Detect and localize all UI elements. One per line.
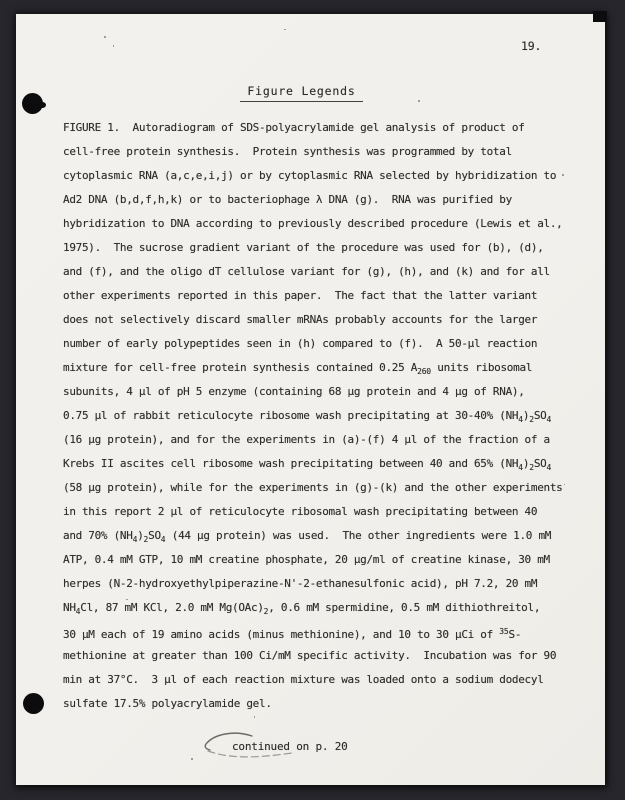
legend-line: hybridization to DNA according to previo…: [63, 212, 583, 236]
legend-line: 0.75 μl of rabbit reticulocyte ribosome …: [63, 404, 583, 428]
legend-line: min at 37°C. 3 μl of each reaction mixtu…: [63, 668, 583, 692]
legend-line: and (f), and the oligo dT cellulose vari…: [63, 260, 583, 284]
footer-note-text: continued on p. 20: [232, 740, 348, 753]
legend-line: (58 μg protein), while for the experimen…: [63, 476, 583, 500]
legend-line: Krebs II ascites cell ribosome wash prec…: [63, 452, 583, 476]
legend-line: 30 μM each of 19 amino acids (minus meth…: [63, 620, 583, 644]
legend-line: herpes (N-2-hydroxyethylpiperazine-N'-2-…: [63, 572, 583, 596]
legend-line: NH4Cl, 87 mM KCl, 2.0 mM Mg(OAc)2, 0.6 m…: [63, 596, 583, 620]
scan-artifact-corner: [593, 11, 607, 22]
legend-line: and 70% (NH4)2SO4 (44 μg protein) was us…: [63, 524, 583, 548]
scan-speck: [254, 716, 255, 718]
legend-line: does not selectively discard smaller mRN…: [63, 308, 583, 332]
legend-line: sulfate 17.5% polyacrylamide gel.: [63, 692, 583, 716]
scan-speck: [113, 45, 114, 47]
scan-speck: [126, 599, 128, 600]
scanner-backdrop: 19. Figure Legends FIGURE 1. Autoradiogr…: [0, 0, 625, 800]
legend-line: ATP, 0.4 mM GTP, 10 mM creatine phosphat…: [63, 548, 583, 572]
page-title: Figure Legends: [240, 84, 362, 102]
legend-line: mixture for cell-free protein synthesis …: [63, 356, 583, 380]
legend-line: Ad2 DNA (b,d,f,h,k) or to bacteriophage …: [63, 188, 583, 212]
legend-line: methionine at greater than 100 Ci/mM spe…: [63, 644, 583, 668]
page-number: 19.: [521, 39, 541, 53]
legend-line: in this report 2 μl of reticulocyte ribo…: [63, 500, 583, 524]
legend-line: other experiments reported in this paper…: [63, 284, 583, 308]
hole-punch-bottom: [23, 693, 44, 714]
scan-speck: [284, 29, 286, 30]
scan-speck: [562, 174, 564, 176]
footer-note: continued on p. 20: [232, 740, 348, 754]
legend-line: FIGURE 1. Autoradiogram of SDS-polyacryl…: [63, 116, 583, 140]
legend-line: subunits, 4 μl of pH 5 enzyme (containin…: [63, 380, 583, 404]
legend-line: number of early polypeptides seen in (h)…: [63, 332, 583, 356]
legend-line: cell-free protein synthesis. Protein syn…: [63, 140, 583, 164]
scan-speck: [191, 758, 193, 760]
legend-line: cytoplasmic RNA (a,c,e,i,j) or by cytopl…: [63, 164, 583, 188]
scan-speck: [418, 100, 420, 102]
legend-line: (16 μg protein), and for the experiments…: [63, 428, 583, 452]
figure-legend-text: FIGURE 1. Autoradiogram of SDS-polyacryl…: [63, 116, 583, 716]
scan-speck: [104, 36, 106, 38]
title-row: Figure Legends: [16, 80, 605, 102]
legend-line: 1975). The sucrose gradient variant of t…: [63, 236, 583, 260]
document-page: 19. Figure Legends FIGURE 1. Autoradiogr…: [16, 14, 605, 785]
scan-speck: [564, 484, 565, 485]
